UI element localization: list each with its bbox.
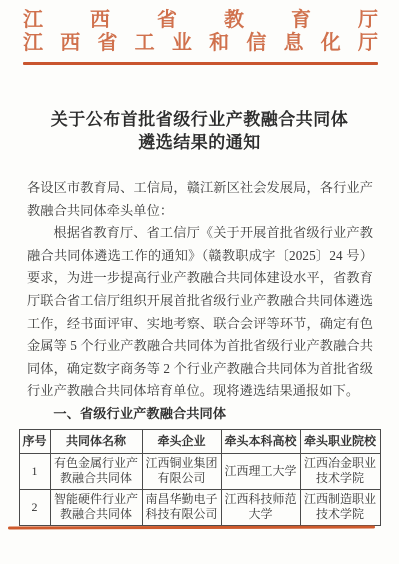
document-page: 江西省教育厅 江西省工业和信息化厅 关于公布首批省级行业产教融合共同体 遴选结果… bbox=[0, 0, 399, 564]
results-table: 序号 共同体名称 牵头企业 牵头本科高校 牵头职业院校 1 有色金属行业产教融合… bbox=[19, 429, 381, 526]
table-header-row: 序号 共同体名称 牵头企业 牵头本科高校 牵头职业院校 bbox=[19, 429, 380, 453]
cell-name: 智能硬件行业产教融合共同体 bbox=[50, 489, 142, 525]
cell-university: 江西科技师范大学 bbox=[221, 489, 300, 525]
agency-name-line1: 江西省教育厅 bbox=[23, 9, 378, 32]
col-header-enterprise: 牵头企业 bbox=[142, 429, 221, 453]
letterhead-separator-rule bbox=[23, 62, 378, 65]
document-title-line2: 遴选结果的通知 bbox=[0, 131, 399, 154]
col-header-name: 共同体名称 bbox=[50, 429, 142, 453]
table-row: 2 智能硬件行业产教融合共同体 南昌华勤电子科技有限公司 江西科技师范大学 江西… bbox=[19, 489, 380, 525]
cell-seq: 2 bbox=[19, 489, 50, 525]
col-header-college: 牵头职业院校 bbox=[300, 429, 380, 453]
letterhead: 江西省教育厅 江西省工业和信息化厅 bbox=[0, 0, 399, 65]
section-heading: 一、省级行业产教融合共同体 bbox=[27, 403, 373, 426]
document-title: 关于公布首批省级行业产教融合共同体 遴选结果的通知 bbox=[0, 108, 399, 154]
document-title-line1: 关于公布首批省级行业产教融合共同体 bbox=[0, 108, 399, 131]
col-header-university: 牵头本科高校 bbox=[221, 429, 300, 453]
table-row: 1 有色金属行业产教融合共同体 江西铜业集团有限公司 江西理工大学 江西冶金职业… bbox=[19, 453, 380, 489]
cell-university: 江西理工大学 bbox=[221, 453, 300, 489]
agency-name-line2: 江西省工业和信息化厅 bbox=[23, 32, 378, 55]
cell-seq: 1 bbox=[19, 453, 50, 489]
cell-college: 江西制造职业技术学院 bbox=[300, 489, 380, 525]
document-body: 各设区市教育局、工信局，赣江新区社会发展局，各行业产教融合共同体牵头单位： 根据… bbox=[27, 177, 373, 426]
col-header-seq: 序号 bbox=[19, 429, 50, 453]
footer-separator-rule bbox=[8, 526, 375, 530]
cell-enterprise: 江西铜业集团有限公司 bbox=[142, 453, 221, 489]
body-paragraph: 根据省教育厅、省工信厅《关于开展首批省级行业产教融合共同体遴选工作的通知》（赣教… bbox=[27, 222, 373, 403]
cell-enterprise: 南昌华勤电子科技有限公司 bbox=[142, 489, 221, 525]
salutation: 各设区市教育局、工信局，赣江新区社会发展局，各行业产教融合共同体牵头单位： bbox=[27, 177, 373, 222]
cell-college: 江西冶金职业技术学院 bbox=[300, 453, 380, 489]
cell-name: 有色金属行业产教融合共同体 bbox=[50, 453, 142, 489]
